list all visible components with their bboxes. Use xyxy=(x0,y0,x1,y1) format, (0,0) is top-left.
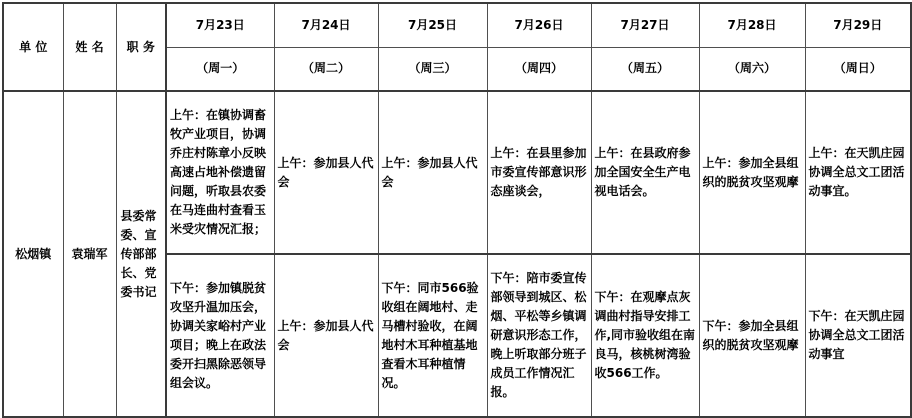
header-cell-weekday-tue: （周二） xyxy=(274,47,378,91)
header-cell-date-sat: 7月28日 xyxy=(699,3,805,47)
header-cell-weekday-wed: （周三） xyxy=(378,47,487,91)
schedule-cell-pm-wed: 下午：同市566验收组在阔地村、走马槽村验收，在阔地村木耳种植基地查看木耳种植情… xyxy=(378,254,487,417)
header-cell-date-wed: 7月25日 xyxy=(378,3,487,47)
schedule-cell-am-sun: 上午：在天凯庄园协调全总文工团活动事宜。 xyxy=(805,91,911,254)
unit-cell: 松烟镇 xyxy=(3,91,63,417)
schedule-cell-am-sat: 上午：参加全县组织的脱贫攻坚观摩 xyxy=(699,91,805,254)
schedule-cell-pm-sat: 下午：参加全县组织的脱贫攻坚观摩 xyxy=(699,254,805,417)
schedule-cell-pm-thu: 下午：陪市委宣传部领导到城区、松烟、平松等乡镇调研意识形态工作，晚上听取部分班子… xyxy=(487,254,591,417)
header-cell-name: 姓 名 xyxy=(63,3,116,91)
schedule-cell-am-thu: 上午：在县里参加市委宣传部意识形态座谈会， xyxy=(487,91,591,254)
header-cell-weekday-sun: （周日） xyxy=(805,47,911,91)
header-cell-date-thu: 7月26日 xyxy=(487,3,591,47)
header-cell-date-tue: 7月24日 xyxy=(274,3,378,47)
position-cell: 县委常委、宣传部部长、党委书记 xyxy=(116,91,166,417)
header-cell-unit: 单 位 xyxy=(3,3,63,91)
schedule-cell-am-wed: 上午：参加县人代会 xyxy=(378,91,487,254)
schedule-cell-pm-fri: 下午：在观摩点灰调曲村指导安排工作,同市验收组在南良马，核桃树湾验收566工作。 xyxy=(591,254,699,417)
header-cell-weekday-mon: （周一） xyxy=(166,47,274,91)
header-cell-date-fri: 7月27日 xyxy=(591,3,699,47)
schedule-cell-am-tue: 上午：参加县人代会 xyxy=(274,91,378,254)
schedule-cell-pm-sun: 下午：在天凯庄园协调全总文工团活动事宜 xyxy=(805,254,911,417)
header-cell-position: 职 务 xyxy=(116,3,166,91)
header-cell-date-sun: 7月29日 xyxy=(805,3,911,47)
schedule-cell-pm-mon: 下午：参加镇脱贫攻坚升温加压会，协调关家峪村产业项目；晚上在政法委开扫黑除恶领导… xyxy=(166,254,274,417)
weekly-schedule-table: 单 位 姓 名 职 务 7月23日 7月24日 7月25日 7月26日 7月27… xyxy=(2,2,912,418)
schedule-cell-am-mon: 上午：在镇协调畜牧产业项目，协调乔庄村陈章小反映高速占地补偿遗留问题，听取县农委… xyxy=(166,91,274,254)
header-cell-weekday-thu: （周四） xyxy=(487,47,591,91)
header-cell-weekday-fri: （周五） xyxy=(591,47,699,91)
schedule-cell-am-fri: 上午：在县政府参加全国安全生产电视电话会。 xyxy=(591,91,699,254)
header-cell-date-mon: 7月23日 xyxy=(166,3,274,47)
name-cell: 袁瑞军 xyxy=(63,91,116,417)
header-cell-weekday-sat: （周六） xyxy=(699,47,805,91)
schedule-cell-pm-tue: 上午：参加县人代会 xyxy=(274,254,378,417)
schedule-page: 单 位 姓 名 职 务 7月23日 7月24日 7月25日 7月26日 7月27… xyxy=(0,0,912,418)
